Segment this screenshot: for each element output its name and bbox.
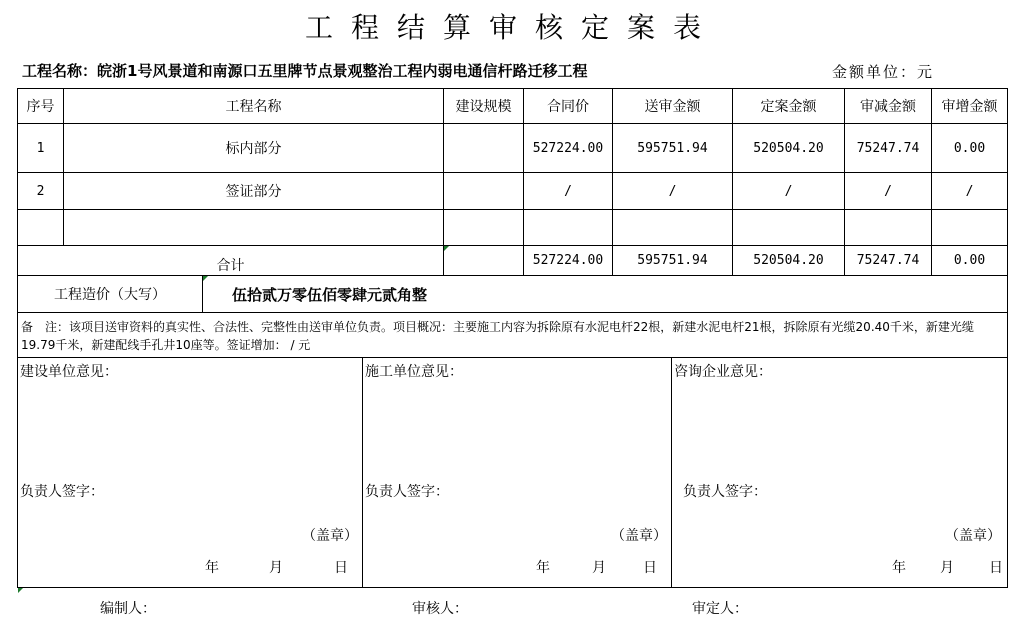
row-submitted: 595751.94 bbox=[613, 124, 732, 172]
signature-label: 负责人签字： bbox=[365, 481, 449, 501]
project-name: 工程名称：皖浙1号风景道和南源口五里牌节点景观整治工程内弱电通信杆路迁移工程 bbox=[22, 60, 587, 81]
remark-text: 备 注：该项目送审资料的真实性、合法性、完整性由送审单位负责。项目概况：主要施工… bbox=[21, 318, 1006, 354]
header-reduced: 审减金额 bbox=[845, 89, 931, 123]
signature-label: 负责人签字： bbox=[20, 481, 104, 501]
header-project-name: 工程名称 bbox=[64, 89, 443, 123]
total-approved: 520504.20 bbox=[733, 246, 844, 275]
approver-label: 审定人： bbox=[692, 598, 748, 618]
total-reduced: 75247.74 bbox=[845, 246, 931, 275]
cell-comment-marker bbox=[444, 246, 449, 251]
cost-words-value: 伍拾贰万零伍佰零肆元贰角整 bbox=[232, 276, 427, 312]
cell-comment-marker bbox=[18, 588, 23, 593]
header-submitted: 送审金额 bbox=[613, 89, 732, 123]
row-approved: 520504.20 bbox=[733, 124, 844, 172]
row-increased: / bbox=[932, 173, 1007, 209]
date-month: 月 bbox=[592, 557, 606, 577]
date-day: 日 bbox=[334, 557, 348, 577]
header-approved: 定案金额 bbox=[733, 89, 844, 123]
row-no bbox=[18, 210, 63, 245]
header-increased: 审增金额 bbox=[932, 89, 1007, 123]
row-scale bbox=[444, 124, 523, 172]
opinion-title: 施工单位意见： bbox=[365, 361, 463, 381]
header-scale: 建设规模 bbox=[444, 89, 523, 123]
row-reduced: / bbox=[845, 173, 931, 209]
total-increased: 0.00 bbox=[932, 246, 1007, 275]
date-month: 月 bbox=[269, 557, 283, 577]
page-title: 工程结算审核定案表 bbox=[0, 6, 1024, 46]
total-submitted: 595751.94 bbox=[613, 246, 732, 275]
row-scale bbox=[444, 173, 523, 209]
amount-unit: 金额单位：元 bbox=[832, 61, 934, 82]
row-no: 1 bbox=[18, 124, 63, 172]
total-contract: 527224.00 bbox=[524, 246, 612, 275]
row-contract: / bbox=[524, 173, 612, 209]
preparer-label: 编制人： bbox=[100, 598, 156, 618]
date-month: 月 bbox=[940, 557, 954, 577]
header-no: 序号 bbox=[18, 89, 63, 123]
date-day: 日 bbox=[643, 557, 657, 577]
cost-words-label: 工程造价（大写） bbox=[18, 276, 202, 312]
date-day: 日 bbox=[989, 557, 1003, 577]
row-reduced: 75247.74 bbox=[845, 124, 931, 172]
row-no: 2 bbox=[18, 173, 63, 209]
opinion-title: 建设单位意见： bbox=[20, 361, 118, 381]
row-name: 签证部分 bbox=[64, 173, 443, 209]
header-contract: 合同价 bbox=[524, 89, 612, 123]
date-year: 年 bbox=[536, 557, 550, 577]
cell-comment-marker bbox=[203, 276, 208, 281]
seal-label: （盖章） bbox=[611, 525, 667, 545]
opinion-title: 咨询企业意见： bbox=[674, 361, 772, 381]
row-submitted: / bbox=[613, 173, 732, 209]
row-increased: 0.00 bbox=[932, 124, 1007, 172]
row-contract: 527224.00 bbox=[524, 124, 612, 172]
row-approved: / bbox=[733, 173, 844, 209]
row-name bbox=[64, 210, 443, 245]
date-year: 年 bbox=[205, 557, 219, 577]
date-year: 年 bbox=[892, 557, 906, 577]
reviewer-label: 审核人： bbox=[412, 598, 468, 618]
signature-label: 负责人签字： bbox=[683, 481, 767, 501]
row-name: 标内部分 bbox=[64, 124, 443, 172]
seal-label: （盖章） bbox=[945, 525, 1001, 545]
seal-label: （盖章） bbox=[302, 525, 358, 545]
total-label: 合计 bbox=[18, 246, 443, 275]
